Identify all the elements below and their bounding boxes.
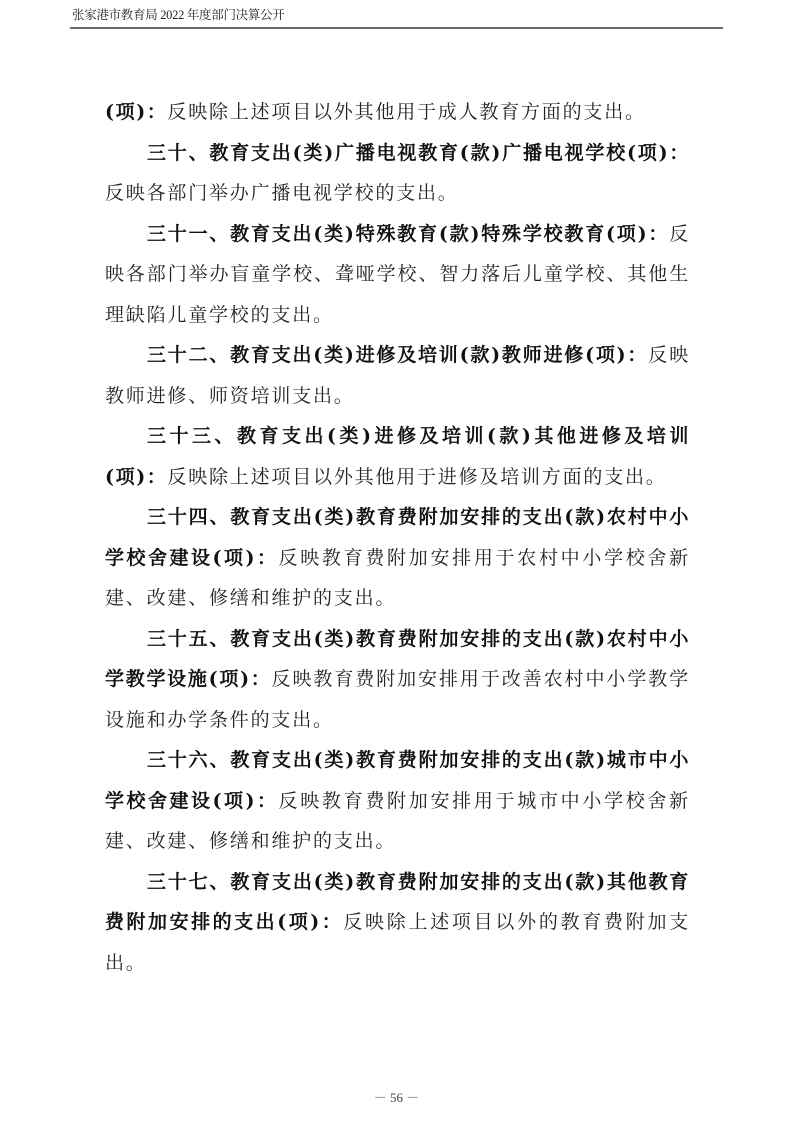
paragraph-item-33: 三十三、教育支出(类)进修及培训(款)其他进修及培训(项)：反映除上述项目以外其… — [105, 416, 690, 497]
item-description: 反映除上述项目以外其他用于进修及培训方面的支出。 — [167, 466, 666, 488]
item-description: 反映除上述项目以外其他用于成人教育方面的支出。 — [167, 101, 645, 123]
header-title: 张家港市教育局 2022 年度部门决算公开 — [70, 6, 723, 24]
paragraph-item-30: 三十、教育支出(类)广播电视教育(款)广播电视学校(项)：反映各部门举办广播电视… — [105, 133, 690, 214]
header-rule — [70, 27, 723, 29]
paragraph-item-32: 三十二、教育支出(类)进修及培训(款)教师进修(项)：反映教师进修、师资培训支出… — [105, 335, 690, 416]
item-title: 三十一、教育支出(类)特殊教育(款)特殊学校教育(项)： — [147, 223, 669, 245]
paragraph-item-37: 三十七、教育支出(类)教育费附加安排的支出(款)其他教育费附加安排的支出(项)：… — [105, 862, 690, 984]
paragraph-item-35: 三十五、教育支出(类)教育费附加安排的支出(款)农村中小学教学设施(项)：反映教… — [105, 619, 690, 741]
item-title: 三十二、教育支出(类)进修及培训(款)教师进修(项)： — [147, 344, 648, 366]
document-body: (项)：反映除上述项目以外其他用于成人教育方面的支出。 三十、教育支出(类)广播… — [105, 92, 690, 983]
paragraph-adult-education-continuation: (项)：反映除上述项目以外其他用于成人教育方面的支出。 — [105, 92, 690, 133]
paragraph-item-36: 三十六、教育支出(类)教育费附加安排的支出(款)城市中小学校舍建设(项)：反映教… — [105, 740, 690, 862]
item-title: (项)： — [105, 101, 167, 123]
paragraph-item-34: 三十四、教育支出(类)教育费附加安排的支出(款)农村中小学校舍建设(项)：反映教… — [105, 497, 690, 619]
page-number: － 56 － — [0, 1087, 793, 1106]
item-title: 三十、教育支出(类)广播电视教育(款)广播电视学校(项)： — [147, 142, 690, 164]
item-description: 反映各部门举办广播电视学校的支出。 — [105, 182, 459, 204]
page-header: 张家港市教育局 2022 年度部门决算公开 — [70, 6, 723, 29]
paragraph-item-31: 三十一、教育支出(类)特殊教育(款)特殊学校教育(项)：反映各部门举办盲童学校、… — [105, 214, 690, 336]
